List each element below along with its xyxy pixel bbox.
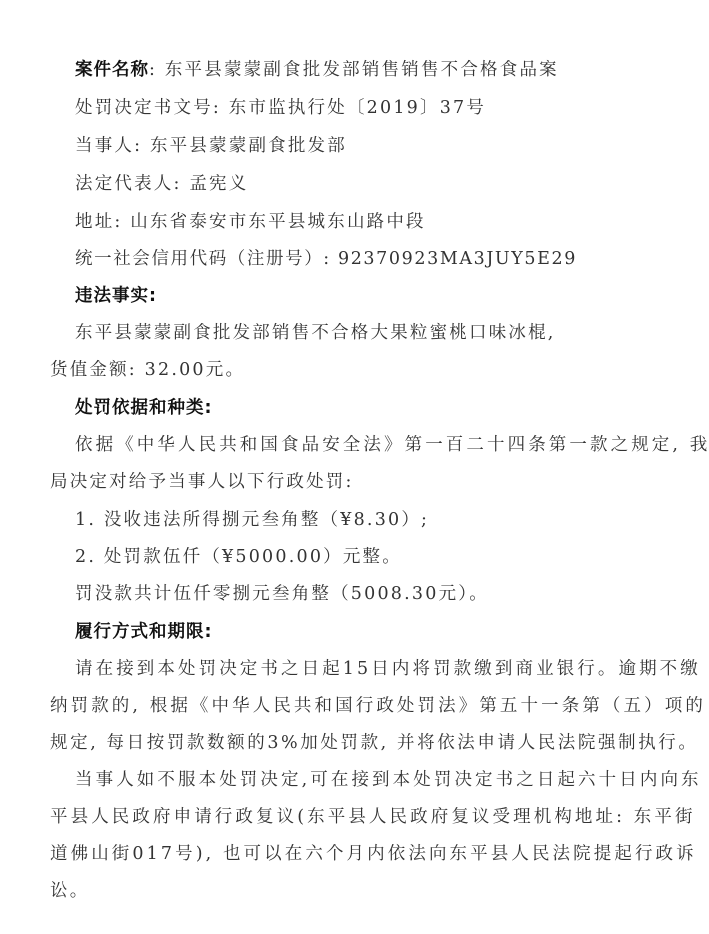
case-name-value: 东平县蒙蒙副食批发部销售销售不合格食品案	[165, 60, 559, 80]
penalty-item: 1. 没收违法所得捌元叁角整（¥8.30）;	[75, 508, 429, 532]
facts-line: 货值金额: 32.00元。	[50, 358, 245, 382]
basis-heading: 处罚依据和种类:	[75, 396, 213, 420]
appeal-line: 道佛山街017号), 也可以在六个月内依法向东平县人民法院提起行政诉	[50, 842, 697, 866]
facts-line: 东平县蒙蒙副食批发部销售不合格大果粒蜜桃口味冰棍,	[75, 321, 556, 345]
case-name-row: 案件名称: 东平县蒙蒙副食批发部销售销售不合格食品案	[75, 58, 559, 82]
basis-line: 局决定对给予当事人以下行政处罚:	[50, 470, 354, 494]
penalty-item: 2. 处罚款伍仟（¥5000.00）元整。	[75, 545, 402, 569]
performance-heading: 履行方式和期限:	[75, 620, 213, 644]
appeal-line: 讼。	[50, 879, 89, 903]
penalty-total: 罚没款共计伍仟零捌元叁角整（5008.30元）。	[75, 582, 489, 606]
performance-line: 请在接到本处罚决定书之日起15日内将罚款缴到商业银行。逾期不缴	[75, 657, 701, 681]
appeal-line: 平县人民政府申请行政复议(东平县人民政府复议受理机构地址: 东平街	[50, 805, 696, 829]
appeal-line: 当事人如不服本处罚决定,可在接到本处罚决定书之日起六十日内向东	[75, 768, 702, 792]
facts-heading: 违法事实:	[75, 284, 157, 308]
address: 地址: 山东省泰安市东平县城东山路中段	[75, 210, 426, 234]
case-name-sep: :	[149, 60, 165, 80]
basis-line: 依据《中华人民共和国食品安全法》第一百二十四条第一款之规定, 我	[75, 433, 709, 457]
decision-number: 处罚决定书文号: 东市监执行处〔2019〕37号	[75, 96, 486, 120]
case-name-label: 案件名称	[75, 60, 149, 80]
legal-representative: 法定代表人: 孟宪义	[75, 172, 248, 196]
credit-code: 统一社会信用代码（注册号）: 92370923MA3JUY5E29	[75, 247, 577, 271]
party-name: 当事人: 东平县蒙蒙副食批发部	[75, 134, 347, 158]
performance-line: 规定, 每日按罚款数额的3%加处罚款, 并将依法申请人民法院强制执行。	[50, 731, 699, 755]
performance-line: 纳罚款的, 根据《中华人民共和国行政处罚法》第五十一条第（五）项的	[50, 694, 706, 718]
